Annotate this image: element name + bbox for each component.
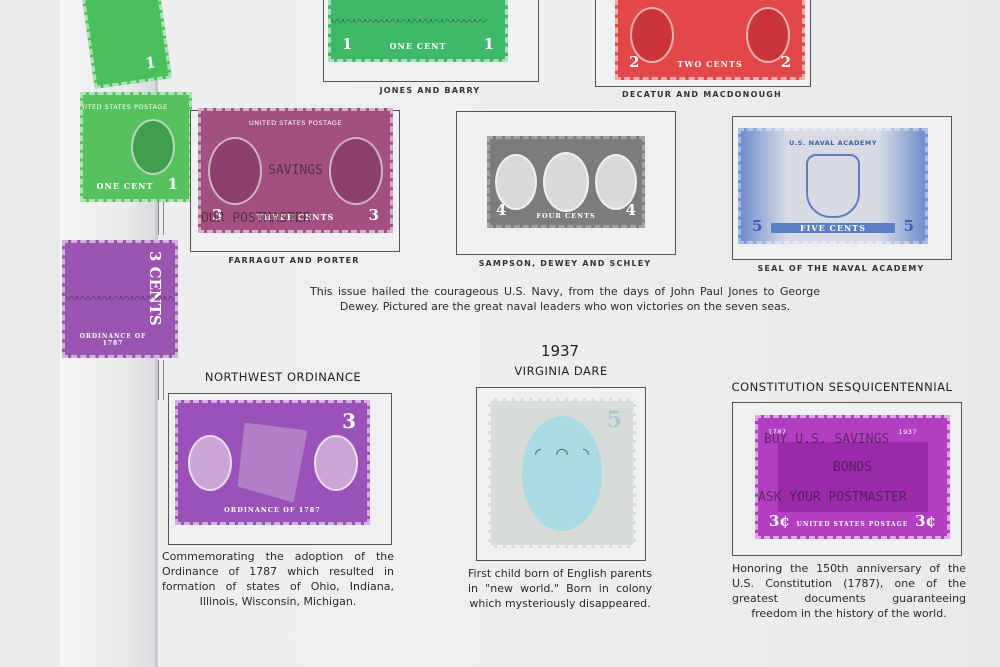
portrait-putnam xyxy=(314,435,358,491)
caption-decatur-macdonough: DECATUR AND MACDONOUGH xyxy=(595,90,809,99)
portrait-dewey xyxy=(543,152,589,212)
heading-virginia-dare: VIRGINIA DARE xyxy=(476,364,646,378)
stamp-virginia-dare: 5 ◜ ◠ ◝ xyxy=(488,398,636,548)
stamp-jones-barry: 1 ONE CENT 1 〰〰〰〰〰〰〰〰〰〰〰〰〰〰 xyxy=(328,0,508,62)
caption-jones-barry: JONES AND BARRY xyxy=(323,86,537,95)
portrait-cutler xyxy=(188,435,232,491)
stamp-naval-academy: U.S. NAVAL ACADEMY 5 FIVE CENTS 5 xyxy=(738,128,928,244)
binder-wire xyxy=(158,360,164,400)
stamp-farragut-porter: UNITED STATES POSTAGE 3 THREE CENTS 3 SA… xyxy=(198,108,393,233)
virginia-dare-description: First child born of English parents in "… xyxy=(468,566,652,611)
stamp-decatur-macdonough: 2 TWO CENTS 2 xyxy=(615,0,805,80)
heading-constitution-sesquicentennial: CONSTITUTION SESQUICENTENNIAL xyxy=(722,380,962,394)
caption-sampson-dewey-schley: SAMPSON, DEWEY AND SCHLEY xyxy=(456,259,674,268)
loose-stamp-green-middle: UNITED STATES POSTAGE 1 ONE CENT xyxy=(80,92,192,202)
naval-academy-seal-icon xyxy=(806,154,860,218)
stamp-northwest-ordinance: 3 ORDINANCE OF 1787 xyxy=(175,400,370,525)
map-icon xyxy=(238,423,308,503)
constitution-description: Honoring the 150th anniversary of the U.… xyxy=(732,561,966,621)
portrait-barry xyxy=(131,119,175,175)
virginia-dare-vignette xyxy=(522,416,602,531)
loose-stamp-green-top: 1 xyxy=(82,0,172,89)
section-year: 1937 xyxy=(500,342,620,360)
loose-stamp-purple-ordinance: 3 CENTS ORDINANCE OF 1787 〰〰〰〰〰〰〰〰〰〰 xyxy=(62,240,178,358)
northwest-ordinance-description: Commemorating the adoption of the Ordina… xyxy=(162,549,394,609)
stamp-sampson-dewey-schley: 4 FOUR CENTS 4 xyxy=(487,136,645,228)
caption-farragut-porter: FARRAGUT AND PORTER xyxy=(190,256,398,265)
heading-northwest-ordinance: NORTHWEST ORDINANCE xyxy=(168,370,398,384)
navy-issue-description: This issue hailed the courageous U.S. Na… xyxy=(310,284,820,314)
caption-naval-academy: SEAL OF THE NAVAL ACADEMY xyxy=(732,264,950,273)
stamp-constitution-sesquicentennial: 1787 1937 3¢ UNITED STATES POSTAGE 3¢ BU… xyxy=(755,415,950,539)
